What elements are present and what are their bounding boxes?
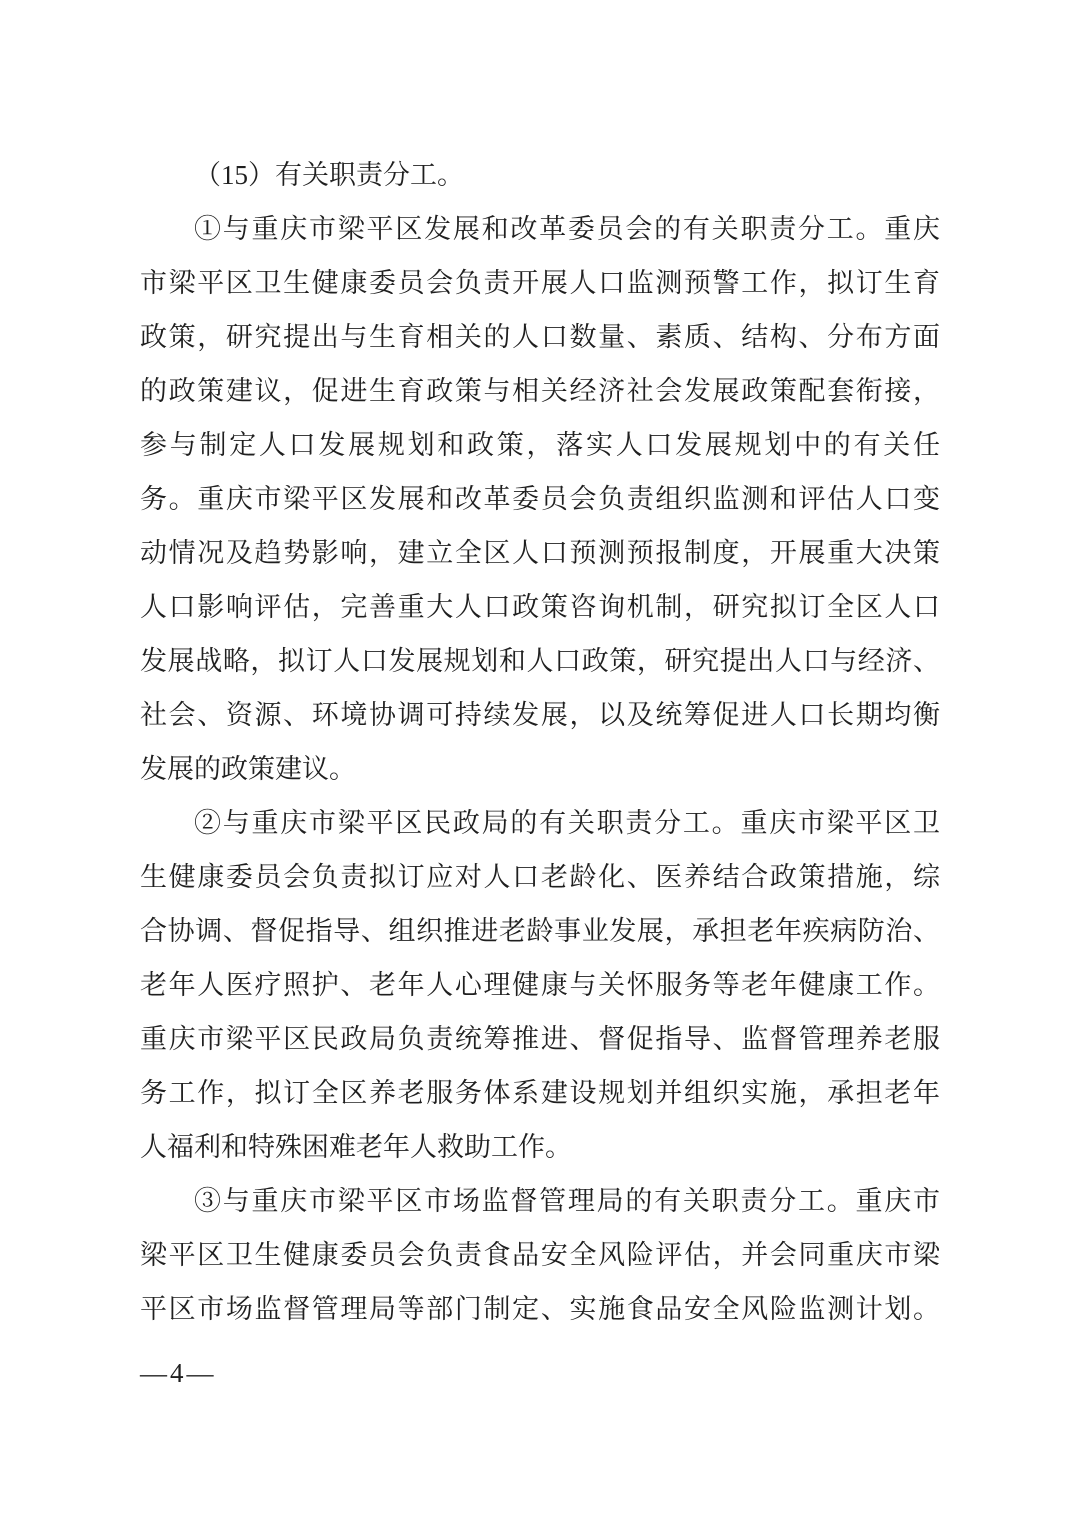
text-line: 平区市场监督管理局等部门制定、实施食品安全风险监测计划。 <box>140 1282 940 1336</box>
document-body: （15）有关职责分工。 ①与重庆市梁平区发展和改革委员会的有关职责分工。重庆 市… <box>140 148 940 1336</box>
text-line: 人福利和特殊困难老年人救助工作。 <box>140 1120 940 1174</box>
text-line: 社会、资源、环境协调可持续发展，以及统筹促进人口长期均衡 <box>140 688 940 742</box>
text-line: 老年人医疗照护、老年人心理健康与关怀服务等老年健康工作。 <box>140 958 940 1012</box>
text-line: ①与重庆市梁平区发展和改革委员会的有关职责分工。重庆 <box>140 202 940 256</box>
text-line: 参与制定人口发展规划和政策，落实人口发展规划中的有关任 <box>140 418 940 472</box>
paragraph-item-1: ①与重庆市梁平区发展和改革委员会的有关职责分工。重庆 市梁平区卫生健康委员会负责… <box>140 202 940 796</box>
text-line: ②与重庆市梁平区民政局的有关职责分工。重庆市梁平区卫 <box>140 796 940 850</box>
paragraph-item-2: ②与重庆市梁平区民政局的有关职责分工。重庆市梁平区卫 生健康委员会负责拟订应对人… <box>140 796 940 1174</box>
text-line: 务工作，拟订全区养老服务体系建设规划并组织实施，承担老年 <box>140 1066 940 1120</box>
text-line: 人口影响评估，完善重大人口政策咨询机制，研究拟订全区人口 <box>140 580 940 634</box>
text-line: 务。重庆市梁平区发展和改革委员会负责组织监测和评估人口变 <box>140 472 940 526</box>
text-line: 梁平区卫生健康委员会负责食品安全风险评估，并会同重庆市梁 <box>140 1228 940 1282</box>
text-line: 重庆市梁平区民政局负责统筹推进、督促指导、监督管理养老服 <box>140 1012 940 1066</box>
text-line: ③与重庆市梁平区市场监督管理局的有关职责分工。重庆市 <box>140 1174 940 1228</box>
text-line: （15）有关职责分工。 <box>140 148 940 202</box>
document-page: （15）有关职责分工。 ①与重庆市梁平区发展和改革委员会的有关职责分工。重庆 市… <box>0 0 1074 1520</box>
text-line: 动情况及趋势影响，建立全区人口预测预报制度，开展重大决策 <box>140 526 940 580</box>
text-line: 市梁平区卫生健康委员会负责开展人口监测预警工作，拟订生育 <box>140 256 940 310</box>
page-number: —4— <box>140 1357 217 1389</box>
text-line: 政策，研究提出与生育相关的人口数量、素质、结构、分布方面 <box>140 310 940 364</box>
text-line: 发展的政策建议。 <box>140 742 940 796</box>
heading-paragraph: （15）有关职责分工。 <box>140 148 940 202</box>
text-line: 发展战略，拟订人口发展规划和人口政策，研究提出人口与经济、 <box>140 634 940 688</box>
text-line: 生健康委员会负责拟订应对人口老龄化、医养结合政策措施，综 <box>140 850 940 904</box>
text-line: 的政策建议，促进生育政策与相关经济社会发展政策配套衔接， <box>140 364 940 418</box>
paragraph-item-3: ③与重庆市梁平区市场监督管理局的有关职责分工。重庆市 梁平区卫生健康委员会负责食… <box>140 1174 940 1336</box>
text-line: 合协调、督促指导、组织推进老龄事业发展，承担老年疾病防治、 <box>140 904 940 958</box>
